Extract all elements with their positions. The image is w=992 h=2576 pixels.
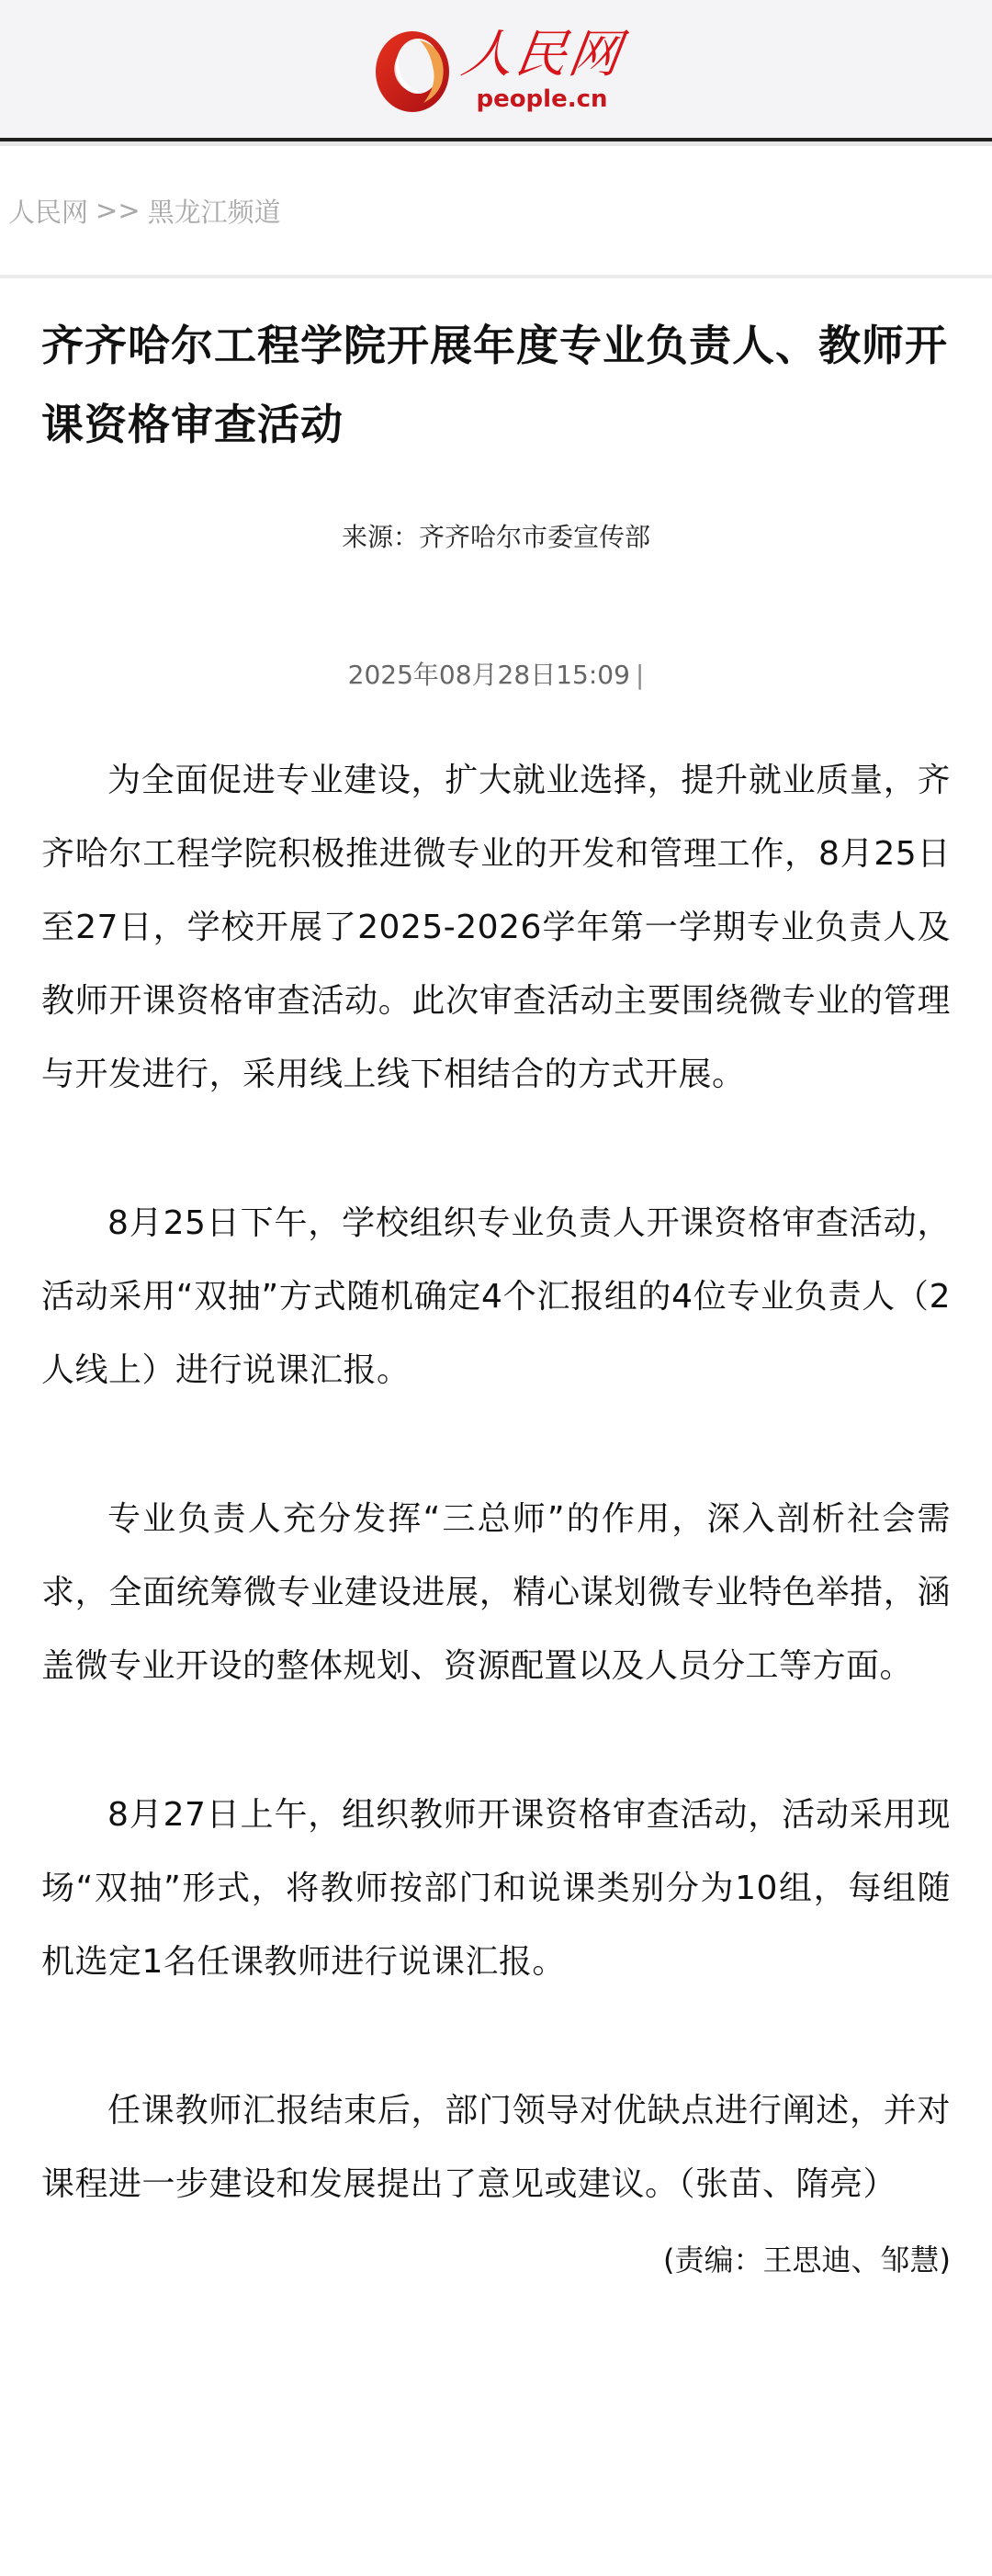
logo-english-text: people.cn	[476, 85, 607, 113]
people-logo-icon	[372, 26, 457, 114]
breadcrumb-home-link[interactable]: 人民网	[8, 192, 88, 230]
article-paragraph: 任课教师汇报结束后，部门领导对优缺点进行阐述，并对课程进一步建设和发展提出了意见…	[41, 2074, 951, 2221]
article-paragraph: 8月25日下午，学校组织专业负责人开课资格审查活动，活动采用“双抽”方式随机确定…	[41, 1187, 951, 1407]
breadcrumb: 人民网 >> 黑龙江频道	[0, 146, 992, 278]
breadcrumb-channel-link[interactable]: 黑龙江频道	[148, 192, 281, 230]
article-paragraph: 为全面促进专业建设，扩大就业选择，提升就业质量，齐齐哈尔工程学院积极推进微专业的…	[41, 744, 951, 1112]
article-paragraph: 8月27日上午，组织教师开课资格审查活动，活动采用现场“双抽”形式，将教师按部门…	[41, 1779, 951, 1999]
logo-chinese-text: 人民网	[458, 27, 626, 84]
article-paragraph: 专业负责人充分发挥“三总师”的作用，深入剖析社会需求，全面统筹微专业建设进展，精…	[41, 1483, 951, 1703]
article-body: 为全面促进专业建设，扩大就业选择，提升就业质量，齐齐哈尔工程学院积极推进微专业的…	[0, 694, 992, 2221]
article-title: 齐齐哈尔工程学院开展年度专业负责人、教师开课资格审查活动	[0, 278, 992, 464]
article-editor-credit: (责编：王思迪、邹慧)	[0, 2232, 992, 2288]
article-container: 齐齐哈尔工程学院开展年度专业负责人、教师开课资格审查活动 来源：齐齐哈尔市委宣传…	[0, 278, 992, 2288]
article-datetime: 2025年08月28日15:09	[348, 660, 630, 690]
article-source: 来源：齐齐哈尔市委宣传部	[0, 519, 992, 556]
article-datetime-row: 2025年08月28日15:09|	[0, 657, 992, 694]
breadcrumb-separator: >>	[96, 195, 141, 226]
datetime-separator: |	[636, 660, 644, 690]
people-cn-logo[interactable]: 人民网 people.cn	[372, 20, 629, 119]
site-header: 人民网 people.cn	[0, 0, 992, 141]
